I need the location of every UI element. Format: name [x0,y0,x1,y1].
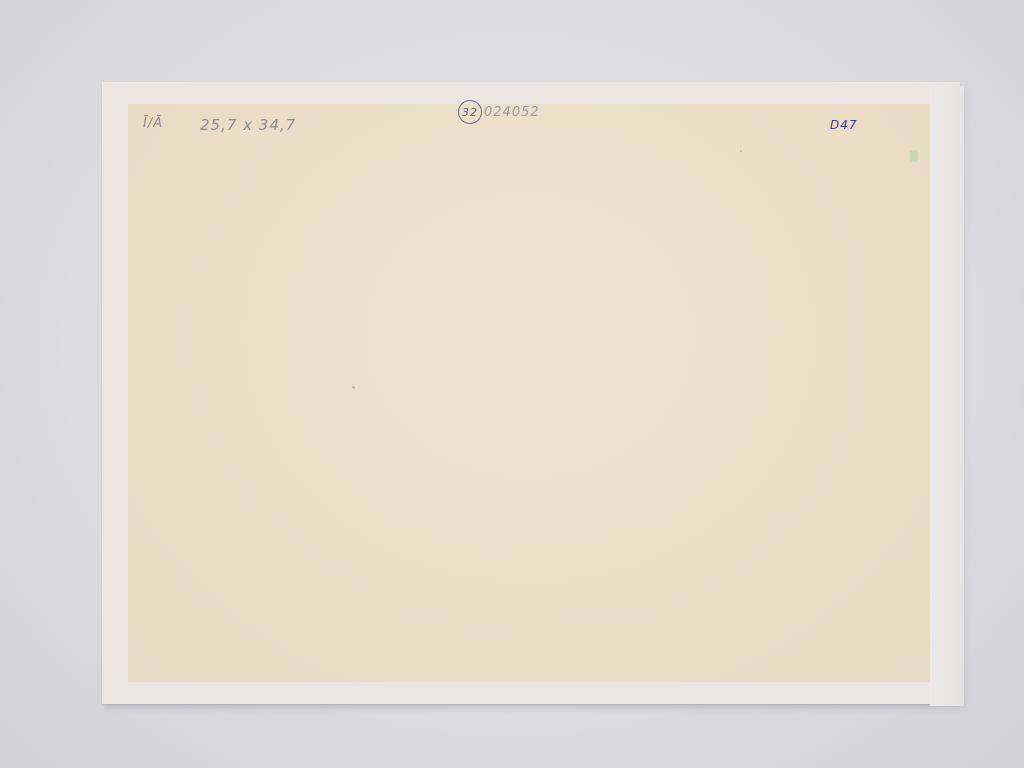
paper-sheet [128,104,930,682]
pencil-dimensions: 25,7 x 34,7 [200,116,296,134]
green-stain [910,150,918,162]
inventory-annotation: 32 024052 [458,100,540,124]
circled-number: 32 [458,100,482,124]
pencil-mark-top-left: Ī/Ā [143,116,163,131]
blue-ink-code: D47 [830,118,858,132]
paper-speck [352,386,355,389]
mount-board-edge [930,86,964,706]
inventory-number: 024052 [484,105,540,120]
paper-speck [740,150,742,152]
